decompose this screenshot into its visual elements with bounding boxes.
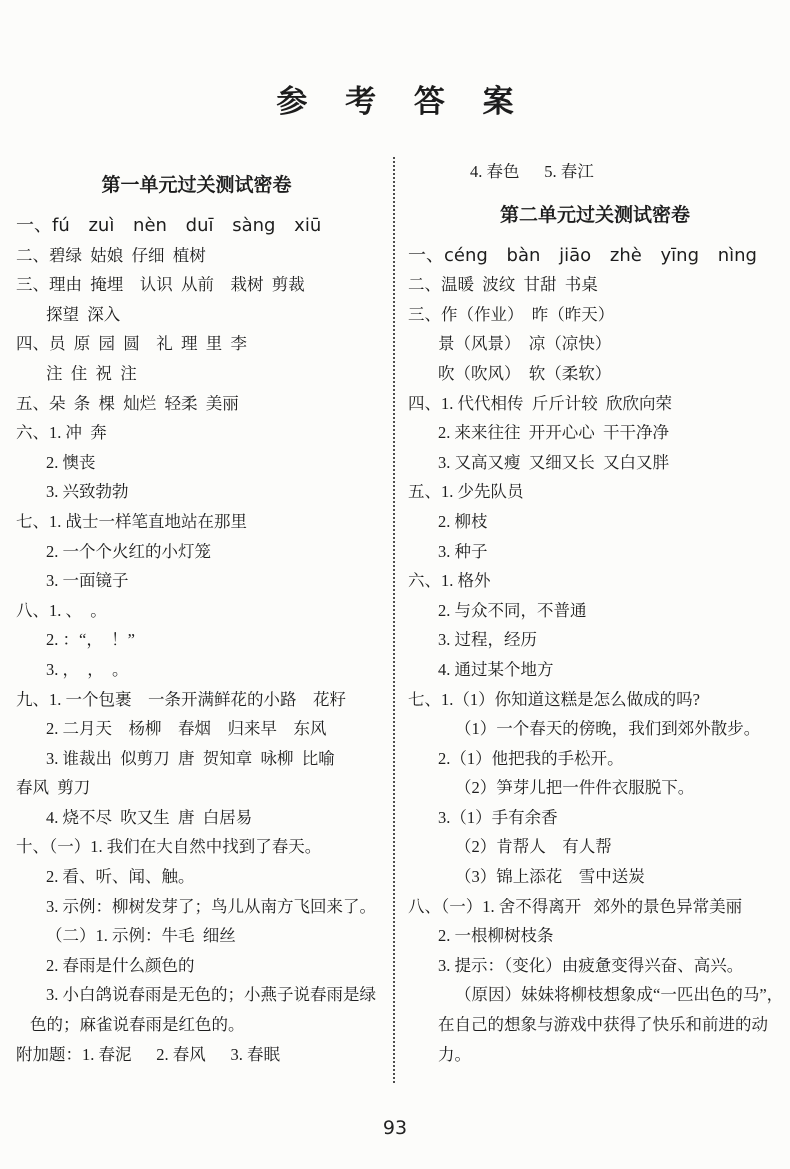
answer-line: 二、碧绿 姑娘 仔细 植树 xyxy=(16,241,377,271)
answer-line: 探望 深入 xyxy=(16,300,377,330)
page-title: 参 考 答 案 xyxy=(0,0,790,121)
answer-line: 3. 小白鸽说春雨是无色的；小燕子说春雨是绿 xyxy=(16,980,377,1010)
answer-line: （3）锦上添花 雪中送炭 xyxy=(408,862,782,892)
answer-line: 2. 看、听、闻、触。 xyxy=(16,862,377,892)
answer-line: 3. ， ， 。 xyxy=(16,655,377,685)
answer-line: 4. 通过某个地方 xyxy=(408,655,782,685)
right-column: 4. 春色 5. 春江第二单元过关测试密卷一、céng bàn jiāo zhè… xyxy=(395,157,790,1083)
answer-line: （2）笋芽儿把一件件衣服脱下。 xyxy=(408,773,782,803)
answer-line: 四、员 原 园 圆 礼 理 里 李 xyxy=(16,329,377,359)
answer-line: 春风 剪刀 xyxy=(16,773,377,803)
answer-line: 2. 懊丧 xyxy=(16,448,377,478)
answer-line: 2. 二月天 杨柳 春烟 归来早 东风 xyxy=(16,714,377,744)
answer-line: 2. ：“， ！” xyxy=(16,625,377,655)
answer-line: 2. 来来往往 开开心心 干干净净 xyxy=(408,418,782,448)
answer-line: （二）1. 示例：牛毛 细丝 xyxy=(16,921,377,951)
answer-line: 4. 烧不尽 吹又生 唐 白居易 xyxy=(16,803,377,833)
answer-line: 2. 一根柳树枝条 xyxy=(408,921,782,951)
answer-line: 3.（1）手有余香 xyxy=(408,803,782,833)
answer-line: 在自己的想象与游戏中获得了快乐和前进的动 xyxy=(408,1010,782,1040)
answer-line: 2.（1）他把我的手松开。 xyxy=(408,744,782,774)
answer-line: 八、（一）1. 舍不得离开 郊外的景色异常美丽 xyxy=(408,892,782,922)
answer-line: 色的；麻雀说春雨是红色的。 xyxy=(16,1010,377,1040)
answer-line: 2. 与众不同，不普通 xyxy=(408,596,782,626)
two-column-layout: 第一单元过关测试密卷一、fú zuì nèn duī sàng xiū二、碧绿 … xyxy=(0,157,790,1083)
answer-line: 三、理由 掩埋 认识 从前 栽树 剪裁 xyxy=(16,270,377,300)
answer-line: 景（风景） 凉（凉快） xyxy=(408,329,782,359)
section-header: 第二单元过关测试密卷 xyxy=(408,201,782,231)
answer-line: 三、作（作业） 昨（昨天） xyxy=(408,300,782,330)
answer-line: 2. 柳枝 xyxy=(408,507,782,537)
answer-line: 2. 春雨是什么颜色的 xyxy=(16,951,377,981)
answer-line: 3. 示例：柳树发芽了；鸟儿从南方飞回来了。 xyxy=(16,892,377,922)
answer-line: 七、1.（1）你知道这糕是怎么做成的吗? xyxy=(408,685,782,715)
answer-line: 2. 一个个火红的小灯笼 xyxy=(16,537,377,567)
answer-line: 五、朵 条 棵 灿烂 轻柔 美丽 xyxy=(16,389,377,419)
answer-line: 力。 xyxy=(408,1040,782,1070)
answer-line: 附加题：1. 春泥 2. 春风 3. 春眠 xyxy=(16,1040,377,1070)
answer-line: 3. 又高又瘦 又细又长 又白又胖 xyxy=(408,448,782,478)
answer-line: 3. 过程，经历 xyxy=(408,625,782,655)
answer-line: 一、céng bàn jiāo zhè yīng nìng xyxy=(408,241,782,271)
answer-line: 3. 谁裁出 似剪刀 唐 贺知章 咏柳 比喻 xyxy=(16,744,377,774)
answer-line: 注 住 祝 注 xyxy=(16,359,377,389)
answer-line: 3. 提示：（变化）由疲惫变得兴奋、高兴。 xyxy=(408,951,782,981)
answer-line: 九、1. 一个包裹 一条开满鲜花的小路 花籽 xyxy=(16,685,377,715)
answer-line: 3. 一面镜子 xyxy=(16,566,377,596)
page-number: 93 xyxy=(0,1117,790,1139)
answer-line: 八、1. 、 。 xyxy=(16,596,377,626)
answer-line: 七、1. 战士一样笔直地站在那里 xyxy=(16,507,377,537)
left-column: 第一单元过关测试密卷一、fú zuì nèn duī sàng xiū二、碧绿 … xyxy=(0,157,395,1083)
answer-line: 五、1. 少先队员 xyxy=(408,477,782,507)
answer-line: 3. 兴致勃勃 xyxy=(16,477,377,507)
answer-key-page: 参 考 答 案 第一单元过关测试密卷一、fú zuì nèn duī sàng … xyxy=(0,0,790,1169)
answer-line: 二、温暖 波纹 甘甜 书桌 xyxy=(408,270,782,300)
answer-line: 3. 种子 xyxy=(408,537,782,567)
answer-line: （1）一个春天的傍晚，我们到郊外散步。 xyxy=(408,714,782,744)
section-header: 第一单元过关测试密卷 xyxy=(16,171,377,201)
answer-line: 4. 春色 5. 春江 xyxy=(408,157,782,187)
answer-line: 四、1. 代代相传 斤斤计较 欣欣向荣 xyxy=(408,389,782,419)
answer-line: 一、fú zuì nèn duī sàng xiū xyxy=(16,211,377,241)
answer-line: 吹（吹风） 软（柔软） xyxy=(408,359,782,389)
answer-line: （2）肯帮人 有人帮 xyxy=(408,832,782,862)
answer-line: 六、1. 冲 奔 xyxy=(16,418,377,448)
answer-line: 六、1. 格外 xyxy=(408,566,782,596)
answer-line: 十、（一）1. 我们在大自然中找到了春天。 xyxy=(16,832,377,862)
answer-line: （原因）妹妹将柳枝想象成“一匹出色的马”， xyxy=(408,980,782,1010)
